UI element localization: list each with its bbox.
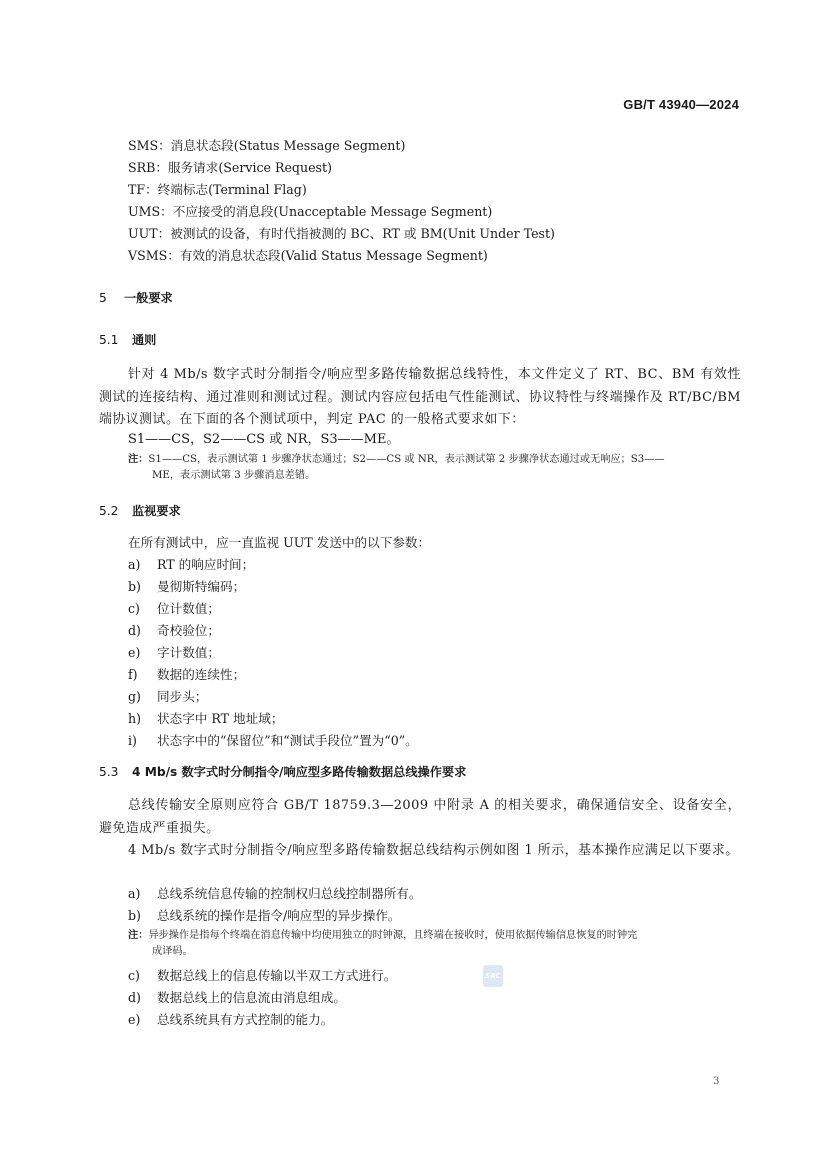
- list-text: RT 的响应时间；: [157, 557, 254, 572]
- list-item: i)状态字中的“保留位”和“测试手段位”置为“0”。: [128, 733, 418, 749]
- standard-number-header: GB/T 43940—2024: [623, 97, 739, 112]
- list-label: g): [128, 689, 157, 705]
- list-text: 数据的连续性；: [157, 667, 245, 682]
- list-text: 总线系统信息传输的控制权归总线控制器所有。: [157, 886, 421, 901]
- list-item: e)总线系统具有方式控制的能力。: [128, 1012, 333, 1028]
- document-page: GB/T 43940—2024 SMS：消息状态段(Status Message…: [0, 0, 827, 1170]
- list-label: b): [128, 908, 157, 924]
- list-text: 数据总线上的信息传输以半双工方式进行。: [157, 968, 396, 983]
- list-label: c): [128, 968, 157, 984]
- list-item: b)总线系统的操作是指令/响应型的异步操作。: [128, 908, 401, 924]
- abbreviation-tf: TF：终端标志(Terminal Flag): [128, 182, 307, 198]
- list-label: d): [128, 990, 157, 1006]
- list-item: d)数据总线上的信息流由消息组成。: [128, 990, 346, 1006]
- note-text-line2: ME，表示测试第 3 步骤消息差错。: [128, 468, 740, 484]
- paragraph-general: 针对 4 Mb/s 数字式时分制指令/响应型多路传输数据总线特性，本文件定义了 …: [99, 364, 741, 432]
- list-label: d): [128, 623, 157, 639]
- list-text: 位计数值；: [157, 601, 220, 616]
- note-text-line2: 成译码。: [128, 944, 740, 960]
- note-label: 注：: [128, 930, 148, 941]
- list-text: 状态字中 RT 地址域；: [157, 711, 283, 726]
- list-text: 状态字中的“保留位”和“测试手段位”置为“0”。: [157, 733, 418, 748]
- abbreviation-srb: SRB：服务请求(Service Request): [128, 160, 332, 176]
- list-item: h)状态字中 RT 地址域；: [128, 711, 283, 727]
- abbreviation-ums: UMS：不应接受的消息段(Unacceptable Message Segmen…: [128, 204, 492, 220]
- list-item: f)数据的连续性；: [128, 667, 245, 683]
- section-number: 5.2: [99, 503, 132, 519]
- list-label: e): [128, 645, 157, 661]
- section-title: 一般要求: [124, 291, 173, 305]
- list-label: h): [128, 711, 157, 727]
- abbreviation-vsms: VSMS：有效的消息状态段(Valid Status Message Segme…: [128, 248, 488, 264]
- note-text-line1: S1——CS，表示测试第 1 步骤净状态通过；S2——CS 或 NR，表示测试第…: [148, 454, 664, 465]
- note-async: 注：异步操作是指每个终端在消息传输中均使用独立的时钟源，且终端在接收时，使用依据…: [128, 928, 740, 960]
- list-label: c): [128, 601, 157, 617]
- list-text: 数据总线上的信息流由消息组成。: [157, 990, 346, 1005]
- list-item: c)数据总线上的信息传输以半双工方式进行。: [128, 968, 396, 984]
- sac-watermark-logo: SAC: [483, 965, 503, 987]
- list-text: 同步头；: [157, 689, 207, 704]
- section-heading-5-3: 5.34 Mb/s 数字式时分制指令/响应型多路传输数据总线操作要求: [99, 764, 466, 780]
- abbreviation-uut: UUT：被测试的设备，有时代指被测的 BC、RT 或 BM(Unit Under…: [128, 226, 555, 242]
- list-item: b)曼彻斯特编码；: [128, 579, 245, 595]
- list-label: f): [128, 667, 157, 683]
- paragraph-structure: 4 Mb/s 数字式时分制指令/响应型多路传输数据总线结构示例如图 1 所示，基…: [99, 840, 741, 863]
- list-text: 总线系统的操作是指令/响应型的异步操作。: [157, 908, 401, 923]
- list-text: 字计数值；: [157, 645, 220, 660]
- section-heading-5-2: 5.2监视要求: [99, 503, 181, 519]
- section-number: 5.3: [99, 764, 132, 780]
- section-number: 5.1: [99, 332, 132, 348]
- section-heading-5-1: 5.1通则: [99, 332, 156, 348]
- monitor-intro: 在所有测试中，应一直监视 UUT 发送中的以下参数：: [128, 535, 430, 551]
- list-text: 奇校验位；: [157, 623, 220, 638]
- section-number: 5: [99, 290, 124, 306]
- list-label: b): [128, 579, 157, 595]
- note-label: 注：: [128, 454, 148, 465]
- note-pac: 注：S1——CS，表示测试第 1 步骤净状态通过；S2——CS 或 NR，表示测…: [128, 452, 740, 484]
- section-title: 监视要求: [132, 504, 181, 518]
- list-text: 总线系统具有方式控制的能力。: [157, 1012, 333, 1027]
- list-item: e)字计数值；: [128, 645, 220, 661]
- list-text: 曼彻斯特编码；: [157, 579, 245, 594]
- note-text-line1: 异步操作是指每个终端在消息传输中均使用独立的时钟源，且终端在接收时，使用依据传输…: [148, 930, 637, 941]
- section-title: 4 Mb/s 数字式时分制指令/响应型多路传输数据总线操作要求: [132, 765, 466, 779]
- section-heading-5: 5一般要求: [99, 290, 173, 306]
- paragraph-safety: 总线传输安全原则应符合 GB/T 18759.3—2009 中附录 A 的相关要…: [99, 795, 741, 840]
- list-label: a): [128, 557, 157, 573]
- section-title: 通则: [132, 333, 156, 347]
- list-item: g)同步头；: [128, 689, 207, 705]
- pac-formula: S1——CS，S2——CS 或 NR，S3——ME。: [128, 432, 399, 448]
- list-item: c)位计数值；: [128, 601, 220, 617]
- list-label: e): [128, 1012, 157, 1028]
- abbreviation-sms: SMS：消息状态段(Status Message Segment): [128, 138, 405, 154]
- list-item: a)总线系统信息传输的控制权归总线控制器所有。: [128, 886, 421, 902]
- list-item: d)奇校验位；: [128, 623, 220, 639]
- list-label: i): [128, 733, 157, 749]
- page-number: 3: [713, 1076, 719, 1087]
- list-item: a)RT 的响应时间；: [128, 557, 254, 573]
- list-label: a): [128, 886, 157, 902]
